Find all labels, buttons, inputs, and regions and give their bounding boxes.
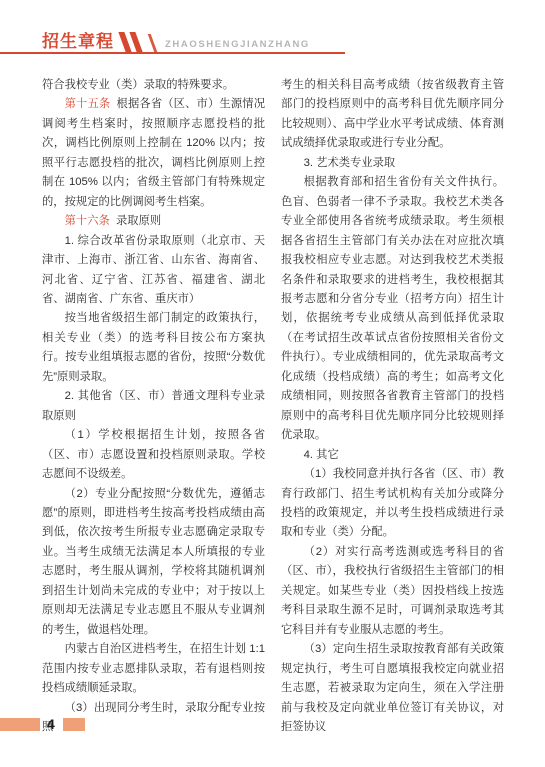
paragraph-text: 按当地省级招生部门制定的政策执行，相关专业（类）的选考科目按公布方案执行。按专业… <box>42 312 265 382</box>
paragraph-text: 内蒙古自治区进档考生，在招生计划 1:1 范围内按专业志愿排队录取，若有退档则按… <box>42 643 265 694</box>
page-number: 4 <box>47 717 55 731</box>
paragraph-text: 录取原则 <box>116 215 161 227</box>
paragraph: （2）专业分配按照“分数优先，遵循志愿”的原则，即进档考生按高考投档成绩由高到低… <box>42 485 265 641</box>
footer-accent-block <box>0 718 40 731</box>
paragraph: 考生的相关科目高考成绩（按省级教育主管部门的投档原则中的高考科目优先顺序同分比较… <box>281 76 504 154</box>
paragraph: 3. 艺术类专业录取 <box>281 154 504 173</box>
decorative-slash-icon <box>148 34 158 52</box>
paragraph-text: （1）我校同意并执行各省（区、市）教育行政部门、招生考试机构有关加分或降分投档的… <box>281 468 504 538</box>
header-rule <box>0 52 345 54</box>
paragraph-text: （2）专业分配按照“分数优先，遵循志愿”的原则，即进档考生按高考投档成绩由高到低… <box>42 488 265 636</box>
page-header: 招生章程 ZHAOSHENGJIANZHANG <box>42 24 545 52</box>
paragraph: 2. 其他省（区、市）普通文理科专业录取原则 <box>42 387 265 426</box>
article-number-label: 第十五条 <box>65 98 111 110</box>
paragraph-text: 符合我校专业（类）录取的特殊要求。 <box>42 79 234 91</box>
page-subtitle: ZHAOSHENGJIANZHANG <box>165 40 310 53</box>
paragraph: 4. 其它 <box>281 446 504 465</box>
paragraph-text: 考生的相关科目高考成绩（按省级教育主管部门的投档原则中的高考科目优先顺序同分比较… <box>281 79 504 149</box>
paragraph-text: 3. 艺术类专业录取 <box>304 157 396 169</box>
paragraph: 根据教育部和招生省份有关文件执行。色盲、色弱者一律不予录取。我校艺术类各专业全部… <box>281 173 504 445</box>
paragraph-text: （2）对实行高考选测或选考科目的省（区、市），我校执行省级招生主管部门的相关规定… <box>281 546 504 636</box>
paragraph: 1. 综合改革省份录取原则（北京市、天津市、上海市、浙江省、山东省、海南省、河北… <box>42 232 265 310</box>
article-number-label: 第十六条 <box>65 215 110 227</box>
paragraph: 符合我校专业（类）录取的特殊要求。 <box>42 76 265 95</box>
paragraph: 按当地省级招生部门制定的政策执行，相关专业（类）的选考科目按公布方案执行。按专业… <box>42 309 265 387</box>
paragraph-text: （1）学校根据招生计划，按照各省（区、市）志愿设置和投档原则录取。学校志愿间不设… <box>42 429 265 480</box>
paragraph-text: 根据各省（区、市）生源情况调阅考生档案时，按照顺序志愿投档的批次，调档比例原则上… <box>42 98 265 207</box>
right-column: 考生的相关科目高考成绩（按省级教育主管部门的投档原则中的高考科目优先顺序同分比较… <box>281 76 504 737</box>
footer-accent-block <box>63 718 85 731</box>
paragraph-text: 1. 综合改革省份录取原则（北京市、天津市、上海市、浙江省、山东省、海南省、河北… <box>42 235 265 305</box>
paragraph-text: 4. 其它 <box>304 449 339 461</box>
decorative-slash-icon <box>129 32 142 52</box>
page-title: 招生章程 <box>42 33 114 52</box>
paragraph: （1）学校根据招生计划，按照各省（区、市）志愿设置和投档原则录取。学校志愿间不设… <box>42 426 265 484</box>
paragraph-text: （3）定向生招生录取按教育部有关政策规定执行，考生可自愿填报我校定向就业招生志愿… <box>281 643 504 733</box>
paragraph-text: 2. 其他省（区、市）普通文理科专业录取原则 <box>42 390 265 421</box>
article-body: 符合我校专业（类）录取的特殊要求。第十五条根据各省（区、市）生源情况调阅考生档案… <box>42 76 504 737</box>
paragraph: （1）我校同意并执行各省（区、市）教育行政部门、招生考试机构有关加分或降分投档的… <box>281 465 504 543</box>
document-page: 招生章程 ZHAOSHENGJIANZHANG 符合我校专业（类）录取的特殊要求… <box>0 0 545 767</box>
paragraph: （3）定向生招生录取按教育部有关政策规定执行，考生可自愿填报我校定向就业招生志愿… <box>281 640 504 737</box>
paragraph: 第十五条根据各省（区、市）生源情况调阅考生档案时，按照顺序志愿投档的批次，调档比… <box>42 95 265 212</box>
page-footer: 4 <box>0 717 85 731</box>
paragraph: （2）对实行高考选测或选考科目的省（区、市），我校执行省级招生主管部门的相关规定… <box>281 543 504 640</box>
left-column: 符合我校专业（类）录取的特殊要求。第十五条根据各省（区、市）生源情况调阅考生档案… <box>42 76 265 737</box>
paragraph-text: 根据教育部和招生省份有关文件执行。色盲、色弱者一律不予录取。我校艺术类各专业全部… <box>281 176 504 441</box>
paragraph: 内蒙古自治区进档考生，在招生计划 1:1 范围内按专业志愿排队录取，若有退档则按… <box>42 640 265 698</box>
paragraph: 第十六条录取原则 <box>42 212 265 231</box>
